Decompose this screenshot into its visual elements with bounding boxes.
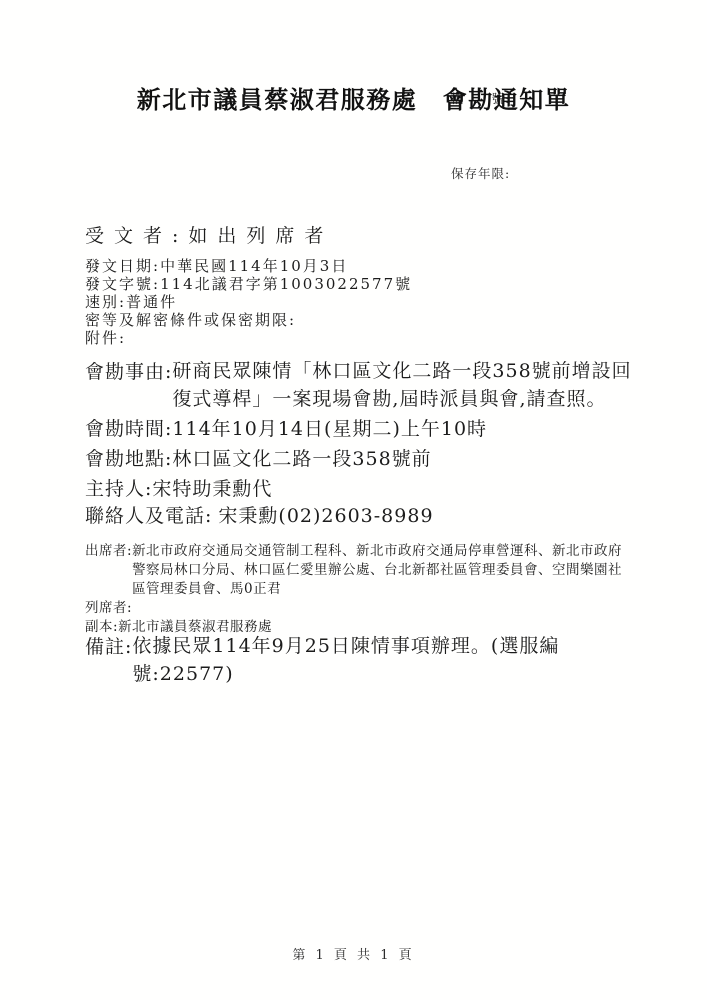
recipient-line: 受文者:如出列席者 bbox=[85, 221, 333, 248]
host-label: 主持人: bbox=[85, 478, 152, 500]
classification-line: 密等及解密條件或保密期限: bbox=[85, 311, 412, 329]
doc-number-line: 發文字號:114北議君字第1003022577號 bbox=[85, 275, 412, 293]
remark-row: 備註: 依據民眾114年9月25日陳情事項辦理。(選服編號:22577) bbox=[85, 632, 584, 688]
inspection-location-value: 林口區文化二路一段358號前 bbox=[172, 448, 431, 470]
issue-date-label: 發文日期: bbox=[85, 257, 160, 275]
inspection-subject-value: 研商民眾陳情「林口區文化二路一段358號前增設回復式導桿」一案現場會勘,屆時派員… bbox=[172, 357, 634, 413]
attachment-label: 附件: bbox=[85, 329, 126, 347]
doc-number-value: 114北議君字第1003022577號 bbox=[160, 275, 412, 293]
classification-label: 密等及解密條件或保密期限: bbox=[85, 311, 296, 329]
inspection-subject-row: 會勘事由: 研商民眾陳情「林口區文化二路一段358號前增設回復式導桿」一案現場會… bbox=[85, 357, 634, 413]
attendees-value: 新北市政府交通局交通管制工程科、新北市政府交通局停車營運科、新北市政府警察局林口… bbox=[132, 542, 624, 599]
attendees-label: 出席者: bbox=[85, 542, 132, 561]
inspection-time-row: 會勘時間:114年10月14日(星期二)上午10時 bbox=[85, 414, 487, 441]
contact-value: 宋秉勳(02)2603-8989 bbox=[218, 505, 433, 527]
issue-date-value: 中華民國114年10月3日 bbox=[160, 257, 348, 275]
observers-label: 列席者: bbox=[85, 599, 132, 618]
document-title: 新北市議員蔡淑君服務處 會勘通知單 bbox=[0, 80, 707, 115]
priority-label: 速別: bbox=[85, 293, 126, 311]
recipient-value: 如出列席者 bbox=[188, 225, 333, 247]
priority-value: 普通件 bbox=[126, 293, 177, 311]
remark-label: 備註: bbox=[85, 632, 132, 659]
recipient-label: 受文者: bbox=[85, 225, 188, 247]
attachment-line: 附件: bbox=[85, 329, 412, 347]
inspection-time-value: 114年10月14日(星期二)上午10時 bbox=[172, 418, 487, 440]
inspection-time-label: 會勘時間: bbox=[85, 418, 172, 440]
host-row: 主持人:宋特助秉勳代 bbox=[85, 474, 272, 501]
inspection-location-label: 會勘地點: bbox=[85, 448, 172, 470]
remark-value: 依據民眾114年9月25日陳情事項辦理。(選服編號:22577) bbox=[132, 632, 584, 688]
priority-line: 速別:普通件 bbox=[85, 293, 412, 311]
meeting-notice-document: 檔 號: 保存年限: 新北市議員蔡淑君服務處 會勘通知單 受文者:如出列席者 發… bbox=[0, 0, 707, 1000]
meta-block: 發文日期:中華民國114年10月3日 發文字號:114北議君字第10030225… bbox=[85, 257, 412, 347]
observers-row: 列席者: bbox=[85, 599, 624, 618]
attendance-block: 出席者: 新北市政府交通局交通管制工程科、新北市政府交通局停車營運科、新北市政府… bbox=[85, 542, 624, 637]
archival-stamp-block: 檔 號: 保存年限: bbox=[451, 36, 510, 236]
contact-row: 聯絡人及電話:宋秉勳(02)2603-8989 bbox=[85, 501, 434, 528]
doc-number-label: 發文字號: bbox=[85, 275, 160, 293]
inspection-location-row: 會勘地點:林口區文化二路一段358號前 bbox=[85, 444, 432, 471]
inspection-subject-label: 會勘事由: bbox=[85, 357, 172, 384]
host-value: 宋特助秉勳代 bbox=[152, 478, 272, 500]
contact-label: 聯絡人及電話: bbox=[85, 505, 212, 527]
issue-date-line: 發文日期:中華民國114年10月3日 bbox=[85, 257, 412, 275]
retention-period-label: 保存年限: bbox=[451, 161, 510, 186]
attendees-row: 出席者: 新北市政府交通局交通管制工程科、新北市政府交通局停車營運科、新北市政府… bbox=[85, 542, 624, 599]
page-number-footer: 第 1 頁 共 1 頁 bbox=[0, 944, 707, 963]
